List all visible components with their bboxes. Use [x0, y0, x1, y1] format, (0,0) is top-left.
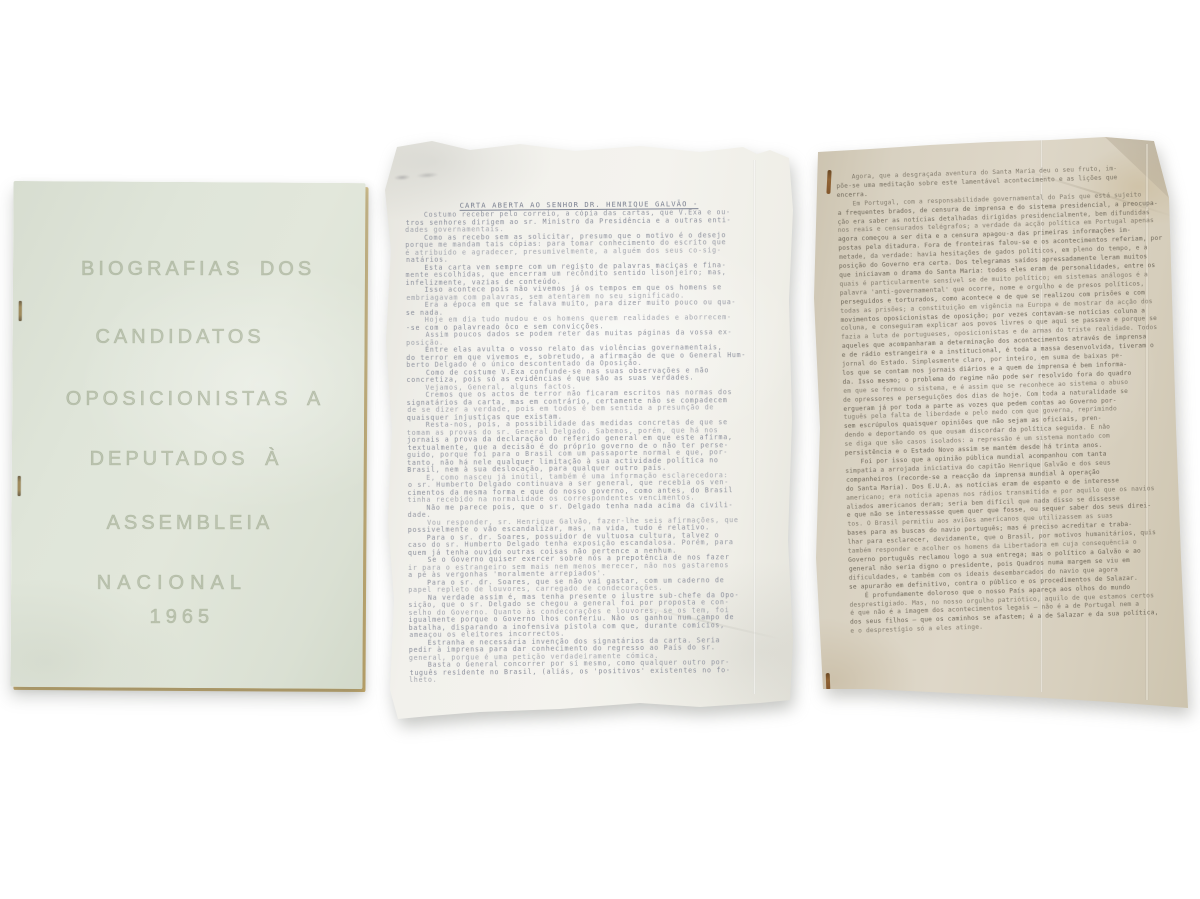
booklet-title-line: OPOSICIONISTAS A	[19, 388, 371, 414]
booklet-title: BIOGRAFIAS DOSCANDIDATOSOPOSICIONISTAS A…	[12, 182, 364, 688]
fold-crease	[753, 160, 756, 694]
typescript-body: Costumo receber pelo correio, a cópia da…	[405, 209, 785, 685]
booklet-title-line: ASSEMBLEIA	[14, 512, 366, 538]
booklet-title-line: DEPUTADOS À	[10, 448, 362, 474]
booklet-title-line: CANDIDATOS	[4, 326, 356, 352]
pencil-smudge	[393, 170, 440, 182]
typescript-page: CARTA ABERTA AO SENHOR DR. HENRIQUE GALV…	[383, 138, 795, 722]
tan-page: Agora, que a desgraçada aventura do Sant…	[810, 128, 1196, 716]
rust-staple	[826, 170, 831, 194]
tan-paper: Agora, que a desgraçada aventura do Sant…	[810, 128, 1196, 716]
booklet-title-line: 1965	[6, 606, 358, 632]
typescript-paper: CARTA ABERTA AO SENHOR DR. HENRIQUE GALV…	[383, 138, 795, 722]
booklet-title-line: BIOGRAFIAS DOS	[22, 258, 374, 284]
rust-staple	[826, 673, 831, 690]
tan-page-body: Agora, que a desgraçada aventura do Sant…	[836, 163, 1198, 637]
booklet-cover: BIOGRAFIAS DOSCANDIDATOSOPOSICIONISTAS A…	[10, 181, 365, 689]
photo-of-documents: BIOGRAFIAS DOSCANDIDATOSOPOSICIONISTAS A…	[0, 0, 1200, 899]
booklet-title-line: NACIONAL	[0, 572, 348, 598]
